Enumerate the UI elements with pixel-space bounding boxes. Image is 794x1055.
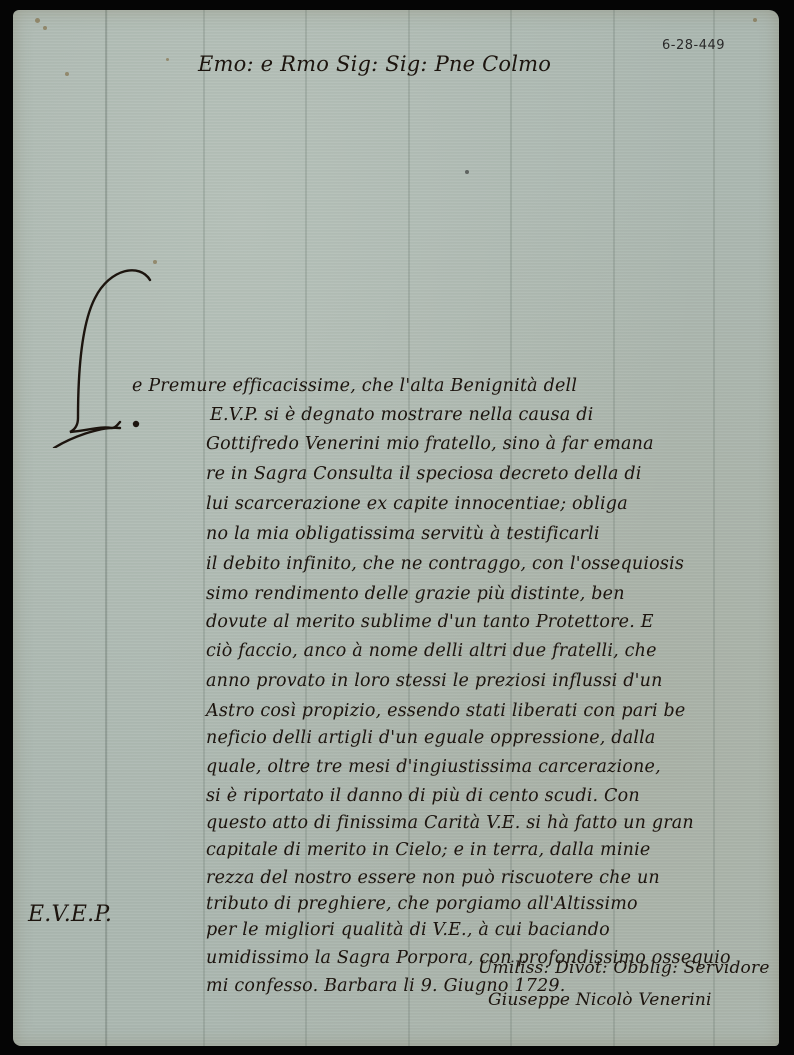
body-line: e Premure efficacissime, che l'alta Beni… [132, 378, 577, 396]
foxing-spot [65, 72, 69, 76]
chain-line [105, 10, 107, 1046]
signature: Giuseppe Nicolò Venerini [488, 990, 712, 1010]
body-line: capitale di merito in Cielo; e in terra,… [206, 842, 650, 860]
archive-number: 6-28-449 [662, 38, 725, 53]
body-line: neficio delli artigli d'un eguale oppres… [206, 730, 656, 748]
body-line: anno provato in loro stessi le preziosi … [206, 673, 663, 691]
body-line: lui scarcerazione ex capite innocentiae;… [206, 496, 628, 514]
foxing-spot [753, 18, 757, 22]
body-line: si è riportato il danno di più di cento … [206, 788, 640, 806]
body-line: re in Sagra Consulta il speciosa decreto… [206, 466, 642, 484]
salutation-heading: Emo: e Rmo Sig: Sig: Pne Colmo [198, 52, 551, 76]
foxing-spot [43, 26, 47, 30]
chain-line [713, 10, 715, 1046]
body-line: per le migliori qualità di V.E., à cui b… [206, 922, 610, 940]
body-line: Gottifredo Venerini mio fratello, sino à… [206, 436, 654, 454]
chain-line [203, 10, 205, 1046]
decorative-initial-l-icon [50, 258, 170, 448]
foxing-spot [35, 18, 40, 23]
body-line: no la mia obligatissima servitù à testif… [206, 526, 600, 544]
closing-formula: Umiliss: Divot: Obblig: Servidore [478, 958, 770, 978]
body-line: tributo di preghiere, che porgiamo all'A… [206, 896, 638, 914]
body-line: quale, oltre tre mesi d'ingiustissima ca… [206, 759, 661, 777]
chain-line [613, 10, 615, 1046]
body-line: ciò faccio, anco à nome delli altri due … [206, 643, 657, 661]
margin-note: E.V.E.P. [28, 902, 112, 927]
body-line: Astro così propizio, essendo stati liber… [206, 703, 686, 721]
body-line: questo atto di finissima Carità V.E. si … [206, 815, 694, 833]
body-line: dovute al merito sublime d'un tanto Prot… [206, 614, 654, 632]
body-line: simo rendimento delle grazie più distint… [206, 586, 625, 604]
body-line: rezza del nostro essere non può riscuote… [206, 870, 660, 888]
foxing-spot [166, 58, 169, 61]
body-line: E.V.P. si è degnato mostrare nella causa… [210, 407, 593, 425]
body-line: il debito infinito, che ne contraggo, co… [206, 556, 684, 574]
foxing-spot [465, 170, 469, 174]
